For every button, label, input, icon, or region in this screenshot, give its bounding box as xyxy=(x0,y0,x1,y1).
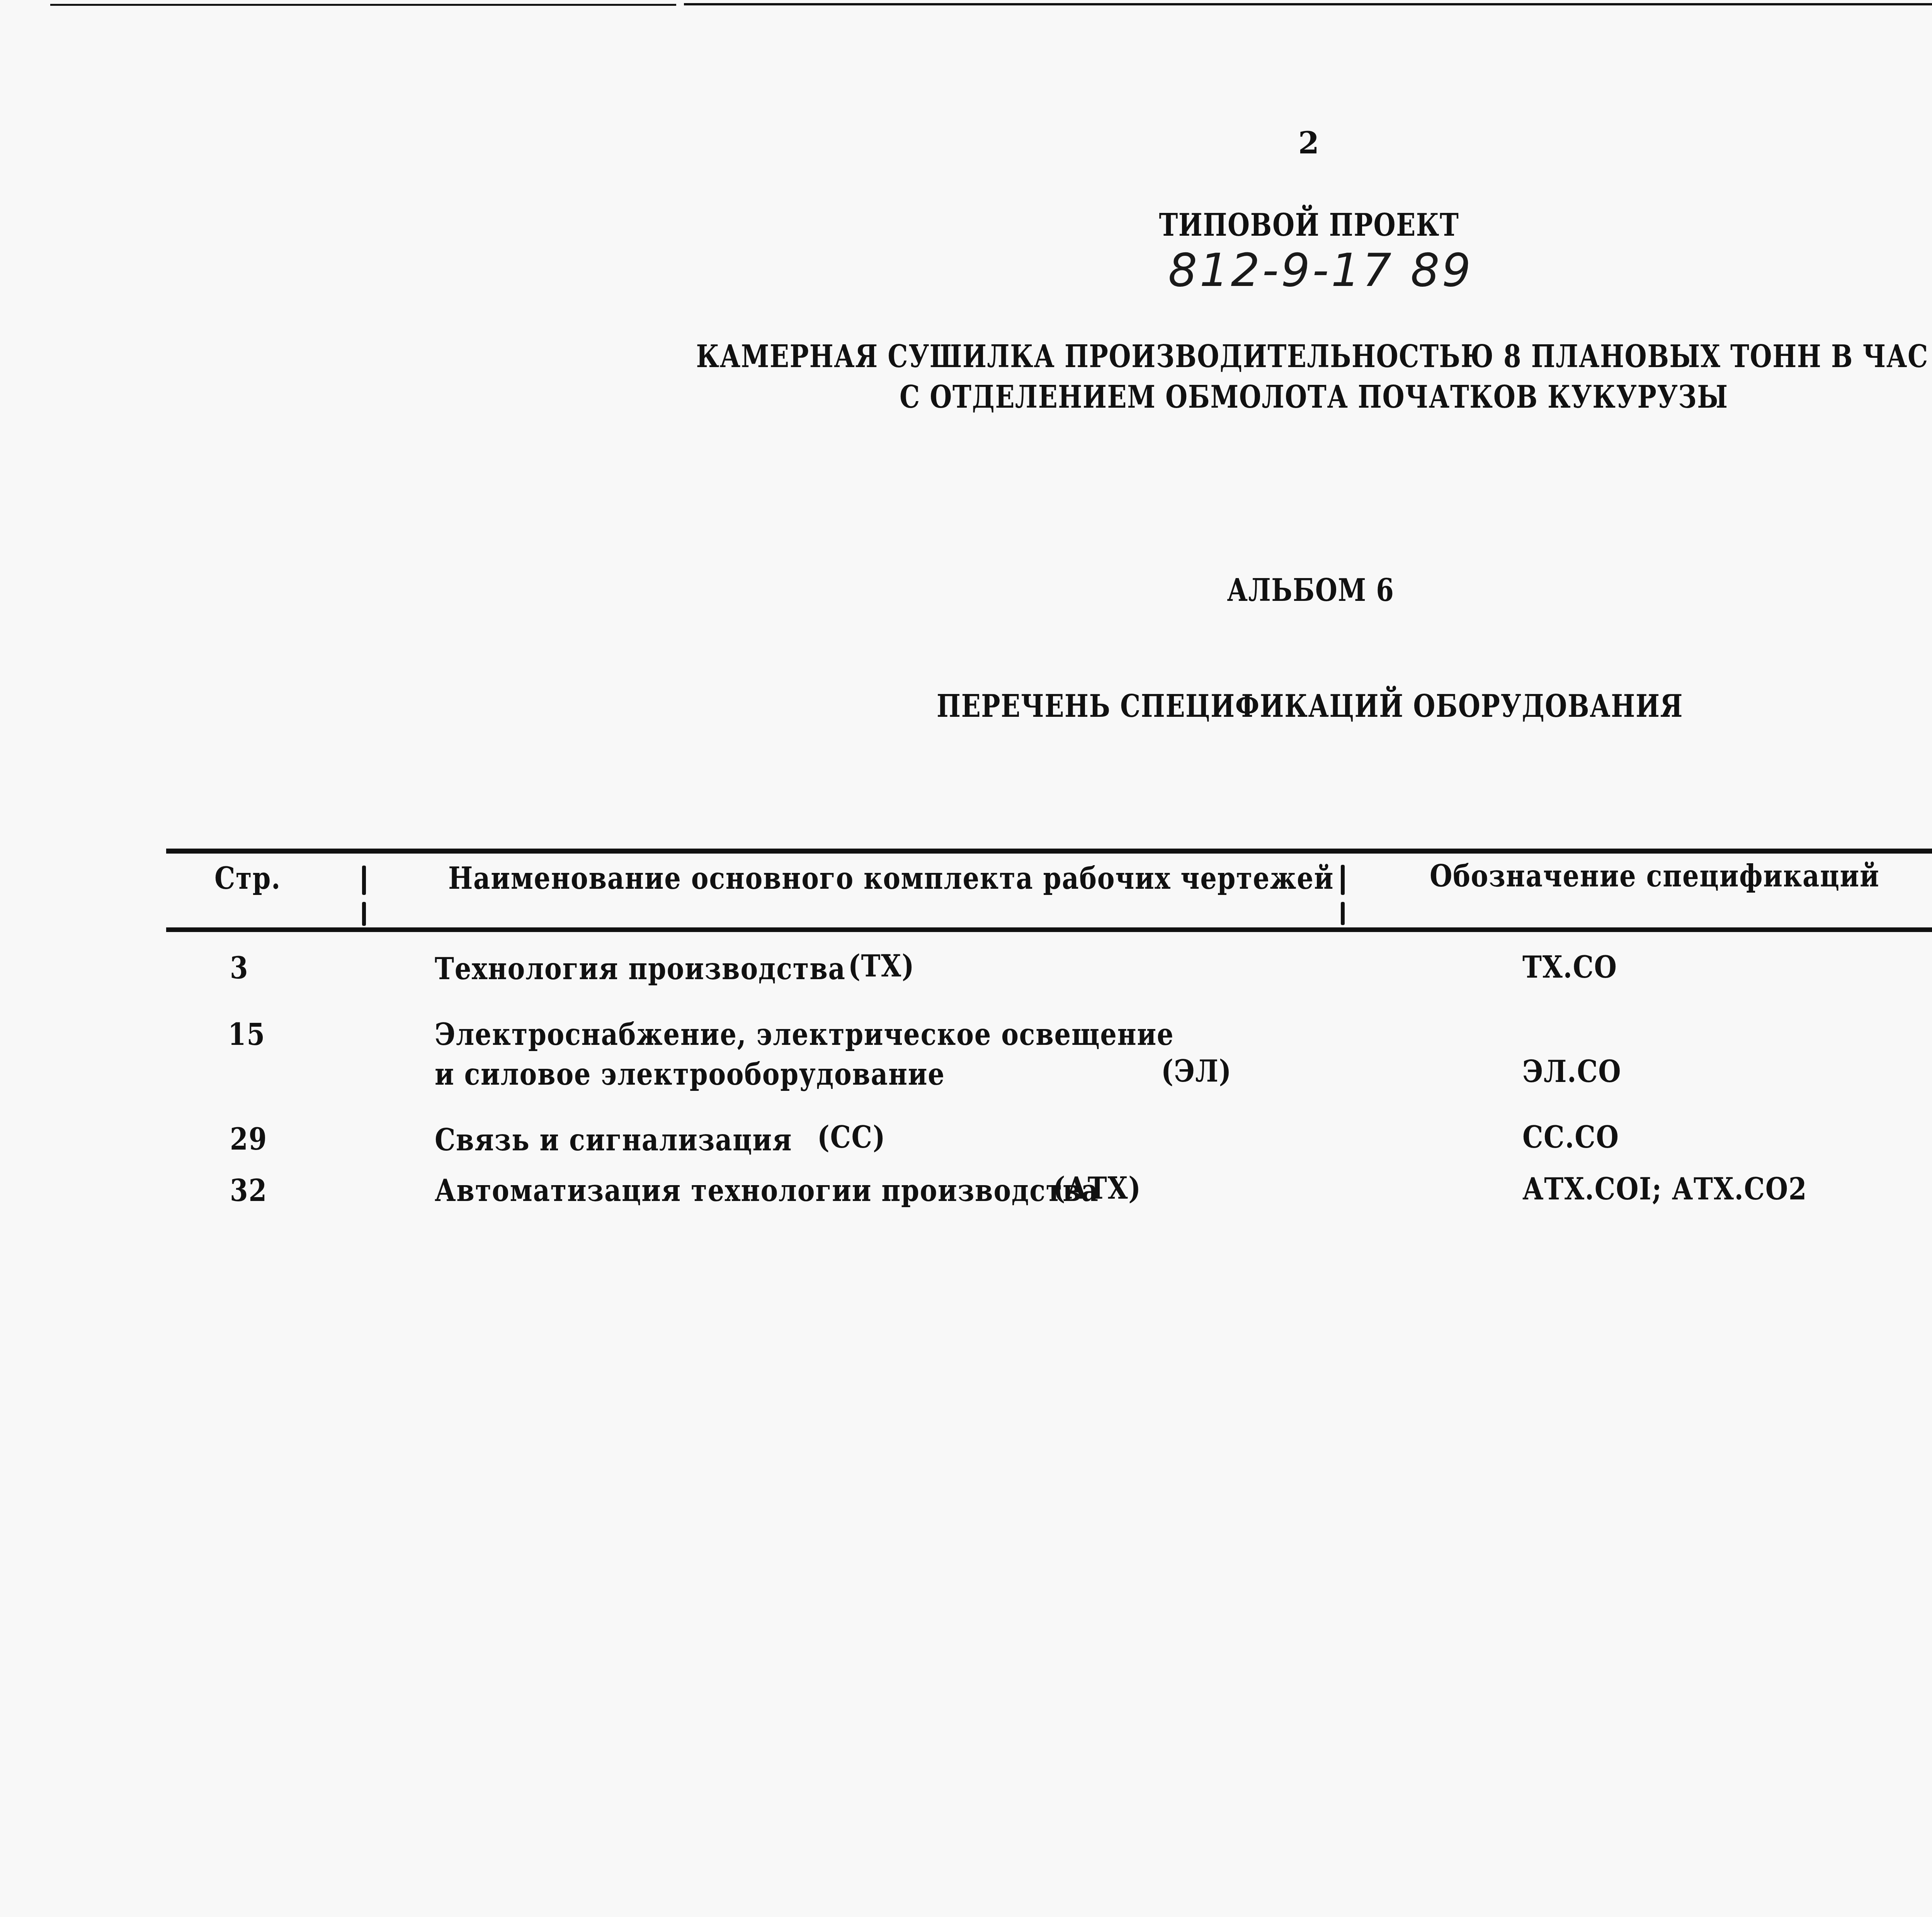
project-code-handwritten: 812-9-17 89 xyxy=(0,243,1932,297)
title-wrap: КАМЕРНАЯ СУШИЛКА ПРОИЗВОДИТЕЛЬНОСТЬЮ 8 П… xyxy=(0,336,1932,417)
row-3-page: 29 xyxy=(230,1122,267,1157)
column-separator xyxy=(362,866,366,926)
row-2-spec: ЭЛ.СО xyxy=(1522,1054,1621,1089)
list-title: ПЕРЕЧЕНЬ СПЕЦИФИКАЦИЙ ОБОРУДОВАНИЯ xyxy=(236,688,1932,724)
row-4-name: Автоматизация технологии производства xyxy=(435,1173,1099,1208)
document-title-line-2: С ОТДЕЛЕНИЕМ ОБМОЛОТА ПОЧАТКОВ КУКУРУЗЫ xyxy=(236,377,1932,417)
list-title-wrap: ПЕРЕЧЕНЬ СПЕЦИФИКАЦИЙ ОБОРУДОВАНИЯ xyxy=(0,688,1932,724)
header-page: Стр. xyxy=(214,861,281,896)
document-title-line-1: КАМЕРНАЯ СУШИЛКА ПРОИЗВОДИТЕЛЬНОСТЬЮ 8 П… xyxy=(236,336,1932,377)
album-title: АЛЬБОМ 6 xyxy=(236,572,1932,608)
row-4-code: (АТХ) xyxy=(1053,1171,1141,1206)
row-2-name-line-2: и силовое электрооборудование xyxy=(435,1057,945,1092)
album-wrap: АЛЬБОМ 6 xyxy=(0,572,1932,608)
row-1-page: 3 xyxy=(230,951,248,986)
row-4-spec: АТХ.СОI; АТХ.СО2 xyxy=(1522,1172,1807,1207)
row-3-spec: СС.СО xyxy=(1522,1120,1619,1155)
project-label: ТИПОВОЙ ПРОЕКТ xyxy=(236,207,1932,243)
table-header-bottom-rule xyxy=(166,927,1932,932)
page-number: 2 xyxy=(0,126,1932,161)
row-1-code: (ТХ) xyxy=(848,949,915,984)
scan-edge-line-right xyxy=(684,3,1932,5)
header-name: Наименование основного комплекта рабочих… xyxy=(448,861,1334,896)
scan-edge-line-left xyxy=(50,4,676,6)
project-label-wrap: ТИПОВОЙ ПРОЕКТ xyxy=(0,207,1932,243)
row-2-name-line-1: Электроснабжение, электрическое освещени… xyxy=(435,1017,1174,1052)
row-3-code: (СС) xyxy=(817,1120,886,1155)
row-1-spec: ТХ.СО xyxy=(1522,950,1617,985)
row-2-page: 15 xyxy=(228,1017,265,1052)
row-3-name: Связь и сигнализация xyxy=(435,1123,792,1158)
row-4-page: 32 xyxy=(230,1173,267,1208)
header-spec: Обозначение спецификаций xyxy=(1430,859,1879,894)
row-2-code: (ЭЛ) xyxy=(1161,1054,1232,1089)
column-separator xyxy=(1341,865,1345,925)
table-top-rule xyxy=(166,849,1932,854)
row-1-name: Технология производства xyxy=(435,951,846,987)
